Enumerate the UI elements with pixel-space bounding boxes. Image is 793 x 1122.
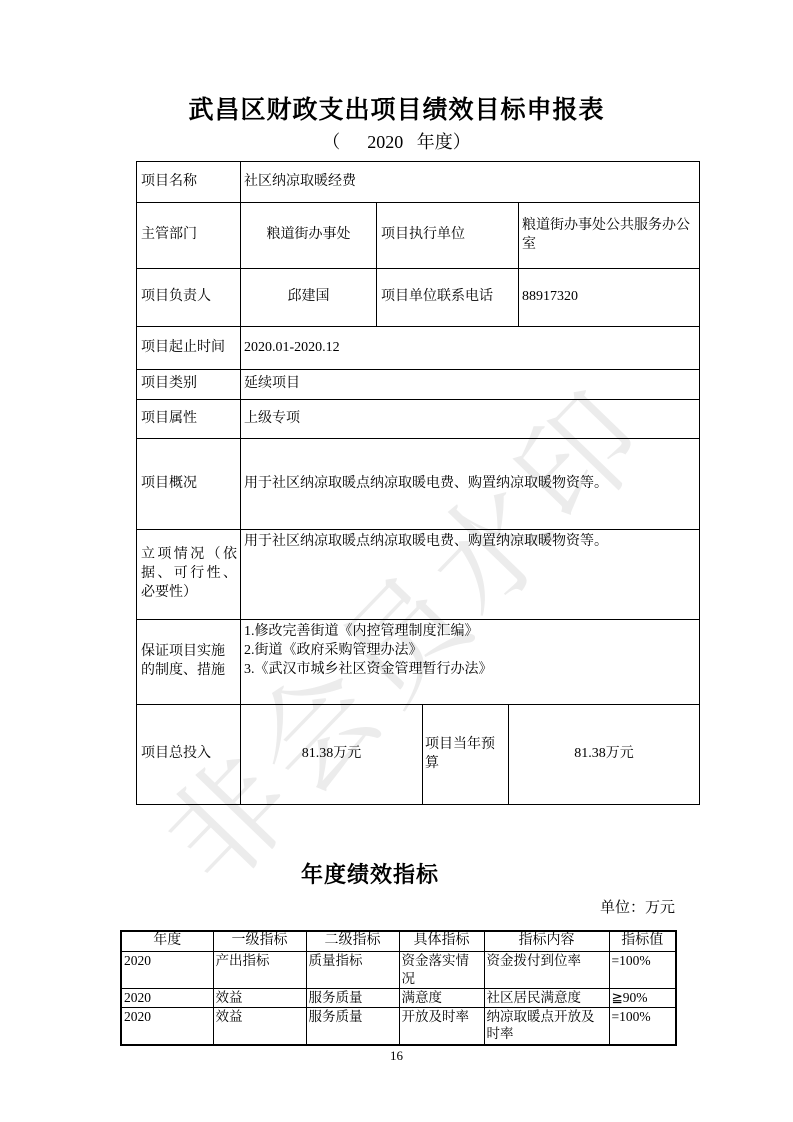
- document-title: 武昌区财政支出项目绩效目标申报表: [0, 90, 793, 126]
- header-content: 指标内容: [484, 931, 609, 951]
- period-value: 2020.01-2020.12: [241, 327, 700, 370]
- measures-line-3: 3.《武汉市城乡社区资金管理暂行办法》: [244, 661, 696, 680]
- phone-label: 项目单位联系电话: [377, 269, 519, 327]
- header-level1: 一级指标: [213, 931, 306, 951]
- period-label: 项目起止时间: [137, 327, 241, 370]
- cell-specific: 开放及时率: [399, 1007, 484, 1045]
- cell-level1: 效益: [213, 1007, 306, 1045]
- cell-specific: 资金落实情况: [399, 951, 484, 988]
- total-value: 81.38万元: [241, 705, 423, 805]
- row-investment: 项目总投入 81.38万元 项目当年预算 81.38万元: [137, 705, 700, 805]
- justification-value: 用于社区纳凉取暖点纳凉取暖电费、购置纳凉取暖物资等。: [241, 530, 700, 620]
- cell-content: 资金拨付到位率: [484, 951, 609, 988]
- row-attribute: 项目属性 上级专项: [137, 400, 700, 439]
- row-department: 主管部门 粮道街办事处 项目执行单位 粮道街办事处公共服务办公室: [137, 203, 700, 269]
- declaration-table: 项目名称 社区纳凉取暖经费 主管部门 粮道街办事处 项目执行单位 粮道街办事处公…: [136, 161, 700, 805]
- cell-level2: 质量指标: [306, 951, 399, 988]
- cell-specific: 满意度: [399, 988, 484, 1007]
- row-overview: 项目概况 用于社区纳凉取暖点纳凉取暖电费、购置纳凉取暖物资等。: [137, 439, 700, 530]
- header-level2: 二级指标: [306, 931, 399, 951]
- indicator-row: 2020 效益 服务质量 开放及时率 纳凉取暖点开放及时率 =100%: [121, 1007, 676, 1045]
- leader-label: 项目负责人: [137, 269, 241, 327]
- header-specific: 具体指标: [399, 931, 484, 951]
- cell-value: =100%: [609, 951, 676, 988]
- cell-year: 2020: [121, 1007, 213, 1045]
- budget-value: 81.38万元: [509, 705, 700, 805]
- cell-value: =100%: [609, 1007, 676, 1045]
- measures-value: 1.修改完善街道《内控管理制度汇编》 2.街道《政府采购管理办法》 3.《武汉市…: [241, 620, 700, 705]
- header-value: 指标值: [609, 931, 676, 951]
- measures-line-2: 2.街道《政府采购管理办法》: [244, 642, 696, 661]
- dept-label: 主管部门: [137, 203, 241, 269]
- cell-level1: 效益: [213, 988, 306, 1007]
- cell-level2: 服务质量: [306, 988, 399, 1007]
- cell-year: 2020: [121, 988, 213, 1007]
- category-value: 延续项目: [241, 370, 700, 400]
- row-period: 项目起止时间 2020.01-2020.12: [137, 327, 700, 370]
- justification-label: 立项情况（依据、可行性、必要性）: [137, 530, 241, 620]
- page-number: 16: [0, 1048, 793, 1064]
- row-justification: 立项情况（依据、可行性、必要性） 用于社区纳凉取暖点纳凉取暖电费、购置纳凉取暖物…: [137, 530, 700, 620]
- category-label: 项目类别: [137, 370, 241, 400]
- row-measures: 保证项目实施的制度、措施 1.修改完善街道《内控管理制度汇编》 2.街道《政府采…: [137, 620, 700, 705]
- dept-value: 粮道街办事处: [241, 203, 377, 269]
- measures-label: 保证项目实施的制度、措施: [137, 620, 241, 705]
- document-page: 非会员水印 武昌区财政支出项目绩效目标申报表 （ 2020 年度） 项目名称 社…: [0, 0, 793, 1122]
- cell-content: 纳凉取暖点开放及时率: [484, 1007, 609, 1045]
- row-leader: 项目负责人 邱建国 项目单位联系电话 88917320: [137, 269, 700, 327]
- cell-year: 2020: [121, 951, 213, 988]
- cell-level2: 服务质量: [306, 1007, 399, 1045]
- header-year: 年度: [121, 931, 213, 951]
- unit-note: 单位：万元: [120, 896, 675, 917]
- overview-label: 项目概况: [137, 439, 241, 530]
- cell-value: ≧90%: [609, 988, 676, 1007]
- total-label: 项目总投入: [137, 705, 241, 805]
- phone-value: 88917320: [519, 269, 700, 327]
- overview-value: 用于社区纳凉取暖点纳凉取暖电费、购置纳凉取暖物资等。: [241, 439, 700, 530]
- measures-line-1: 1.修改完善街道《内控管理制度汇编》: [244, 623, 696, 642]
- indicator-row: 2020 产出指标 质量指标 资金落实情况 资金拨付到位率 =100%: [121, 951, 676, 988]
- exec-unit-label: 项目执行单位: [377, 203, 519, 269]
- cell-content: 社区居民满意度: [484, 988, 609, 1007]
- cell-level1: 产出指标: [213, 951, 306, 988]
- leader-value: 邱建国: [241, 269, 377, 327]
- row-category: 项目类别 延续项目: [137, 370, 700, 400]
- exec-unit-value: 粮道街办事处公共服务办公室: [519, 203, 700, 269]
- attribute-value: 上级专项: [241, 400, 700, 439]
- budget-label: 项目当年预算: [423, 705, 509, 805]
- document-subtitle: （ 2020 年度）: [0, 128, 793, 154]
- indicator-row: 2020 效益 服务质量 满意度 社区居民满意度 ≧90%: [121, 988, 676, 1007]
- project-name-value: 社区纳凉取暖经费: [241, 162, 700, 203]
- row-project-name: 项目名称 社区纳凉取暖经费: [137, 162, 700, 203]
- indicators-section-title: 年度绩效指标: [0, 858, 740, 889]
- indicators-table: 年度 一级指标 二级指标 具体指标 指标内容 指标值 2020 产出指标 质量指…: [120, 930, 677, 1046]
- project-name-label: 项目名称: [137, 162, 241, 203]
- indicators-header-row: 年度 一级指标 二级指标 具体指标 指标内容 指标值: [121, 931, 676, 951]
- attribute-label: 项目属性: [137, 400, 241, 439]
